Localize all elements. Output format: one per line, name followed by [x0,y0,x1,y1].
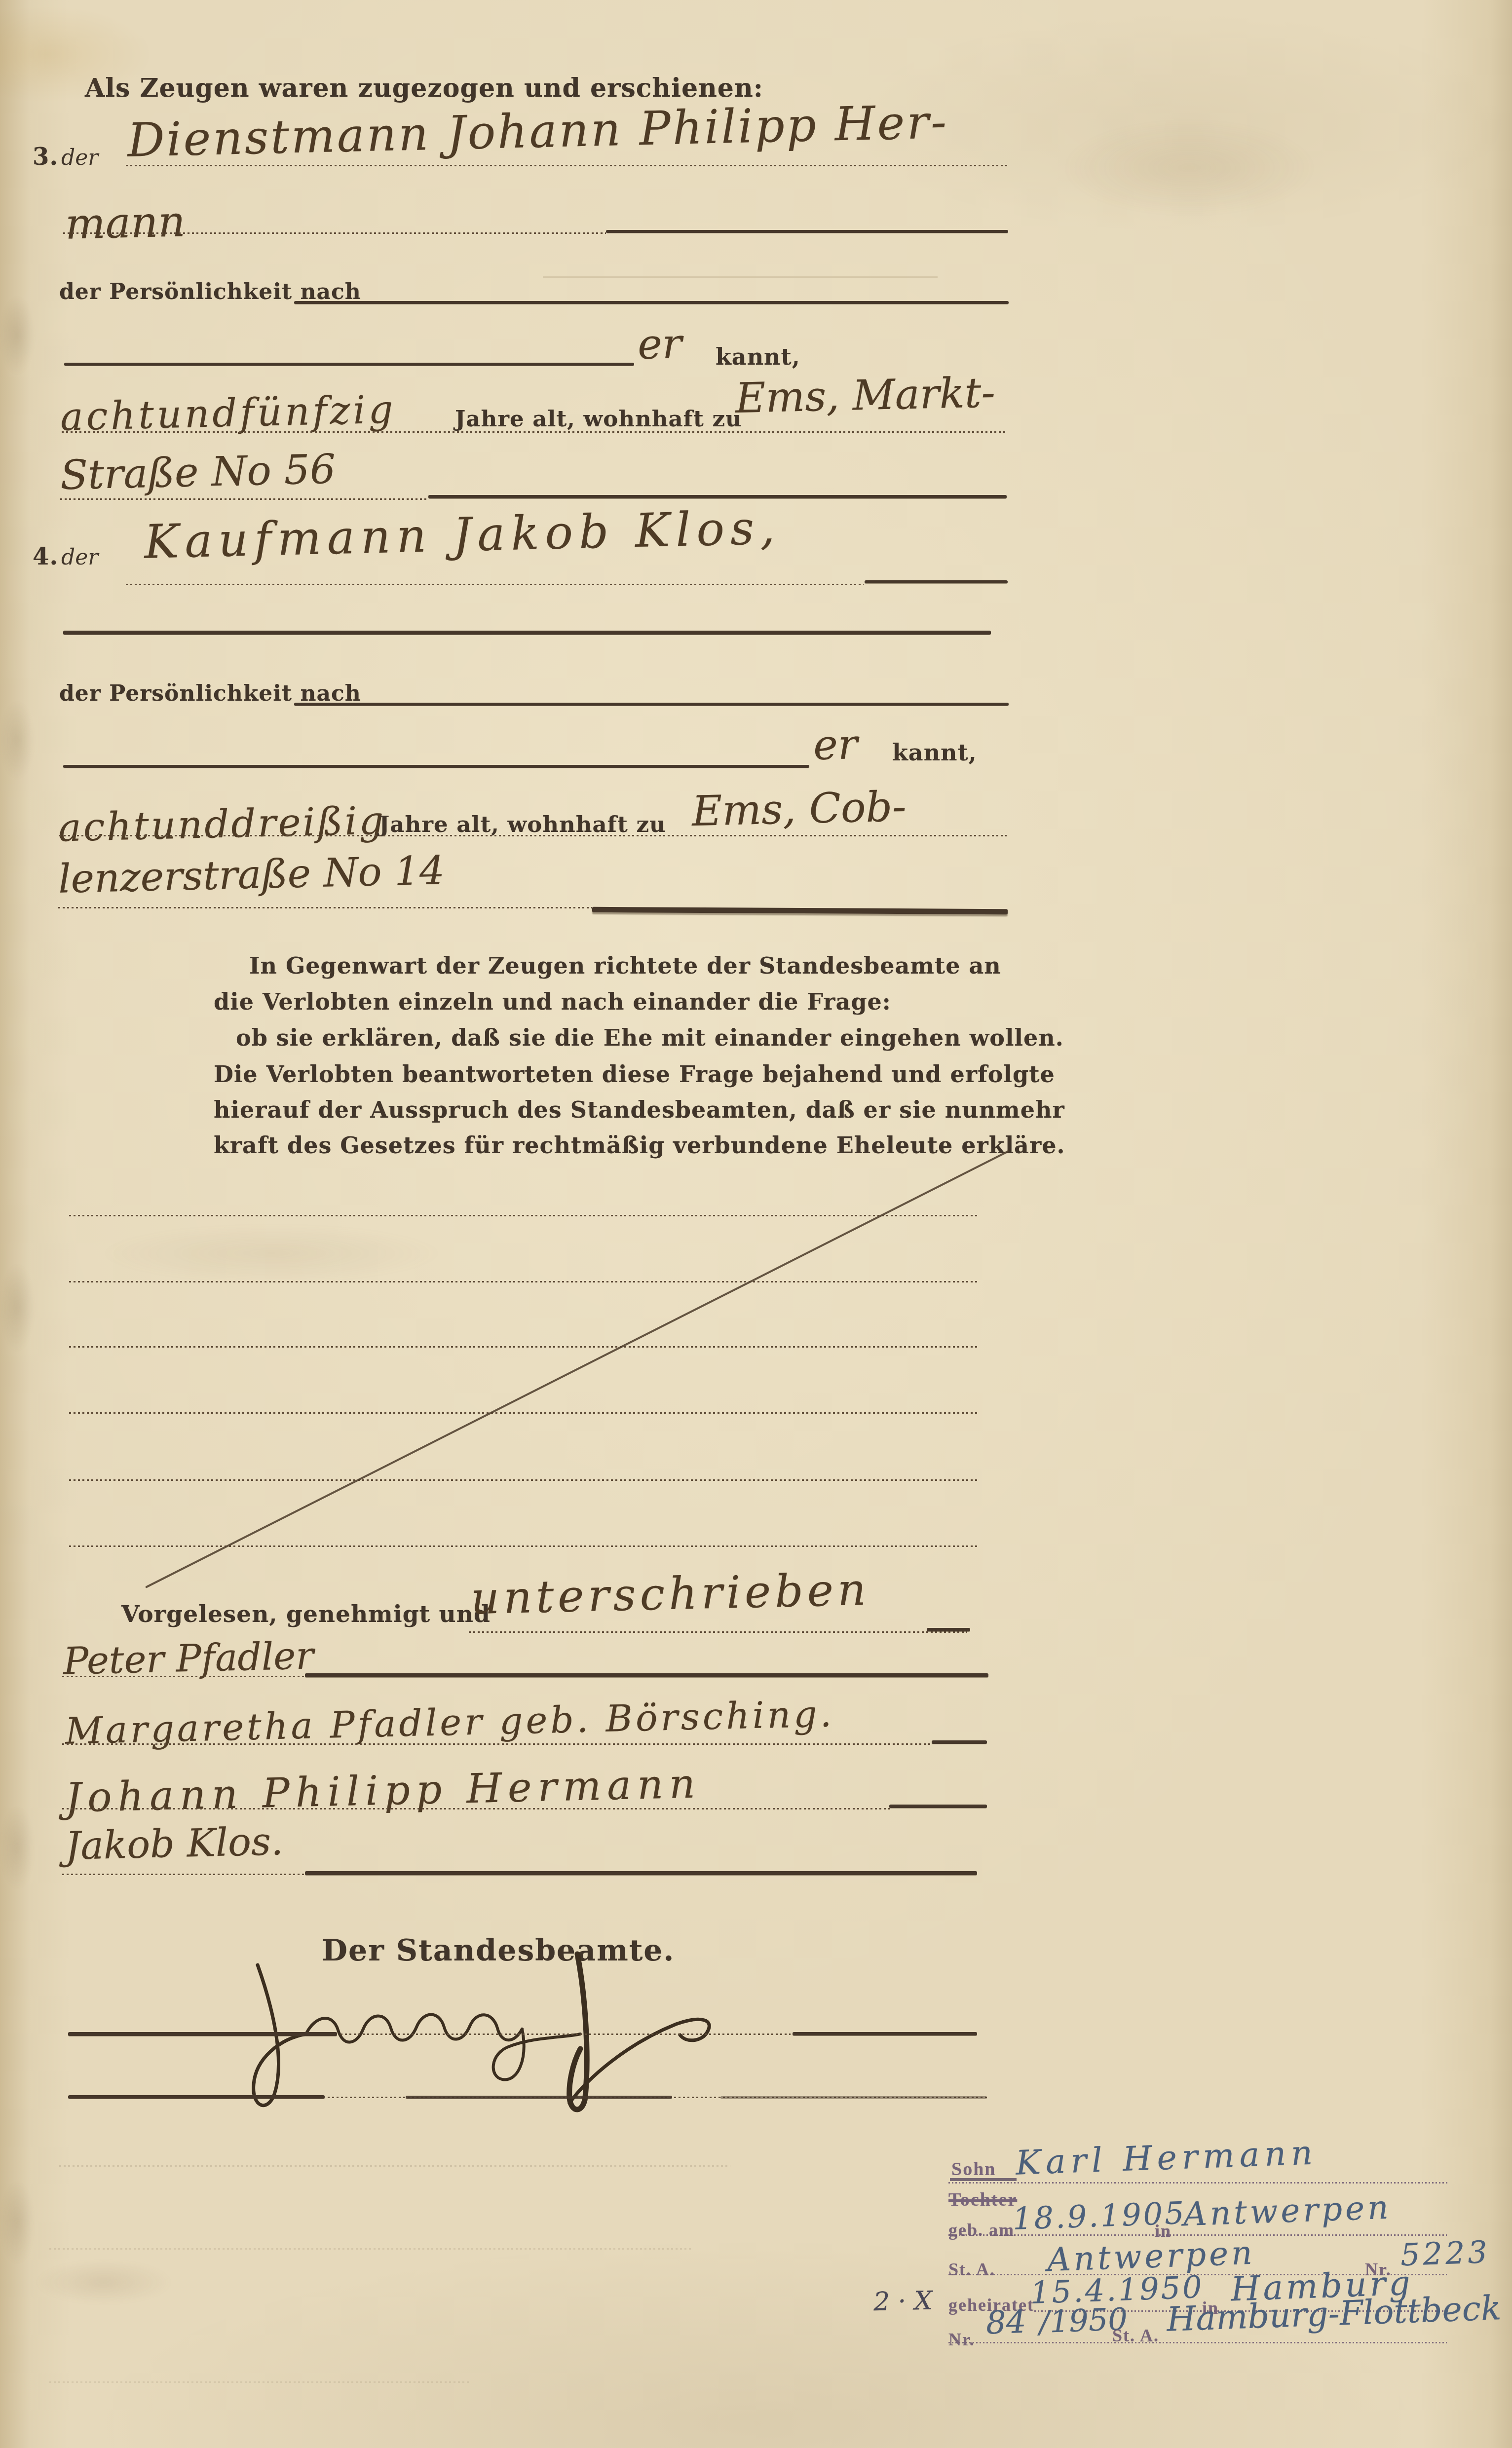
stamp-dotted-line [948,2342,1447,2343]
ruled-line [793,2032,977,2035]
signature-witness4: Jakob Klos. [65,1819,284,1869]
declaration-line-6: kraft des Gesetzes für rechtmäßig verbun… [214,1132,1065,1159]
bleedthrough-mark [0,296,35,375]
empty-ruled-line [69,1545,977,1547]
stamp-underline [950,2178,1017,2181]
witness3-number: 3. [33,143,58,171]
ruled-line [927,1628,970,1631]
stamp-record-number: 84 [985,2304,1027,2342]
stamp-registry-number: 5223 [1400,2234,1491,2273]
witness4-street-handwritten: lenzerstraße No 14 [58,847,445,902]
stamp-record-place: Hamburg-Flottbeck [1166,2289,1502,2339]
bleedthrough-line [49,2381,469,2383]
stamp-label-geb-am: geb. am [948,2220,1015,2240]
bleedthrough-line [543,276,938,278]
witness3-name-continued: mann [65,197,186,249]
bleedthrough-mark [0,2181,35,2265]
ruled-line [932,1740,987,1744]
bleedthrough-mark [0,701,35,780]
witness4-number: 4. [33,543,58,570]
bleedthrough-mark [0,1263,35,1352]
bleedthrough-mark [99,1224,444,1283]
ruled-line [305,1871,977,1875]
bleedthrough-mark [0,1806,35,1890]
empty-ruled-line [69,1346,977,1348]
ruled-line [340,2034,791,2035]
bleedthrough-line [59,2165,730,2167]
stamp-dotted-line [948,2182,1449,2184]
registry-document-page: Als Zeugen waren zugezogen und erschiene… [0,0,1512,2448]
declaration-line-1: In Gegenwart der Zeugen richtete der Sta… [249,952,1001,979]
ruled-line [68,2032,337,2036]
ruled-line [126,165,1009,166]
closing-print: Vorgelesen, genehmigt und [121,1601,491,1628]
stamp-label-sohn: Sohn [951,2158,996,2180]
signature-witness3: Johann Philipp Hermann [65,1760,702,1821]
empty-ruled-line [69,1215,977,1216]
witnesses-header: Als Zeugen waren zugezogen und erschiene… [85,73,763,103]
empty-ruled-line [69,1281,977,1282]
stamp-label-tochter-struck: Tochter [948,2189,1017,2211]
ruled-line [62,431,1007,433]
ruled-line [62,1743,933,1745]
witness3-article: der [61,145,98,170]
margin-annotation-mark: 2 · X [873,2286,933,2317]
witness4-article: der [61,545,98,570]
witness4-ack-handwritten: er [813,720,858,769]
witness4-ack-print: kannt, [892,739,977,766]
ruled-line [63,765,809,768]
ruled-line [469,1631,967,1633]
ruled-line [294,301,1009,304]
ruled-line [428,495,1007,498]
ruled-line [126,584,864,585]
ruled-line [720,2096,987,2099]
bleedthrough-mark [1061,118,1318,217]
ruled-line [865,580,1008,583]
witness3-residence-handwritten: Ems, Markt- [735,368,996,422]
bleedthrough-line [49,2248,691,2250]
ruled-line [606,230,1008,233]
ruled-line [68,2095,325,2099]
closing-handwritten: unterschrieben [470,1564,870,1624]
ruled-line [64,363,634,366]
ruled-line [58,907,592,908]
stamp-label-sta-1: St. A. [948,2259,995,2280]
ruled-line [62,1808,891,1809]
ruled-line [63,232,606,234]
witness3-ack-print: kannt, [716,343,800,370]
ruled-line [406,2096,672,2099]
ruled-line [294,703,1009,706]
witness3-ack-handwritten: er [637,319,682,369]
witness4-age-handwritten: achtunddreißig [58,798,386,850]
stamp-child-name: Karl Hermann [1015,2133,1318,2183]
declaration-line-3: ob sie erklären, daß sie die Ehe mit ein… [236,1024,1064,1051]
ruled-line [63,631,991,635]
empty-ruled-line [69,1479,977,1481]
ruled-line [592,907,1008,914]
stamp-birth-place: Antwerpen [1183,2188,1392,2234]
declaration-line-4: Die Verlobten beantworteten diese Frage … [214,1061,1055,1088]
declaration-line-5: hierauf der Ausspruch des Standesbeamten… [214,1096,1065,1123]
declaration-line-2: die Verlobten einzeln und nach einander … [214,988,891,1015]
witness3-name-handwritten: Dienstmann Johann Philipp Her- [127,95,949,168]
ruled-line [889,1805,987,1808]
witness4-age-print: Jahre alt, wohnhaft zu [379,811,666,837]
witness3-age-print: Jahre alt, wohnhaft zu [455,406,742,432]
witness4-name-handwritten: Kaufmann Jakob Klos, [144,501,781,569]
ruled-line [305,1673,988,1677]
witness3-street-handwritten: Straße No 56 [60,446,336,499]
stamp-label-nr-2: Nr. [948,2329,975,2350]
bleedthrough-mark [35,2260,173,2304]
ruled-line [59,835,1007,836]
empty-ruled-line [69,1412,977,1414]
witness4-residence-handwritten: Ems, Cob- [691,782,907,835]
ruled-line [60,498,428,500]
